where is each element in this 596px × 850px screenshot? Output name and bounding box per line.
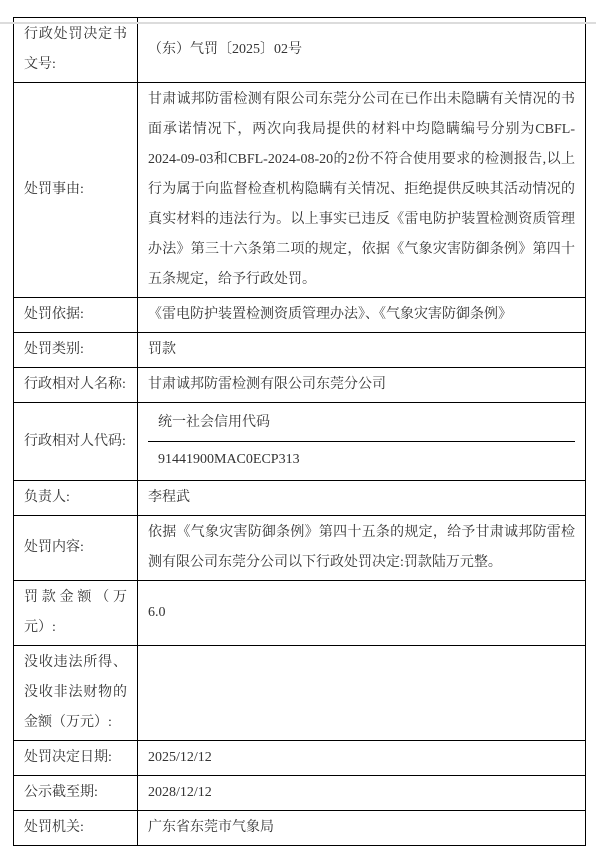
row-person-in-charge: 负责人: 李程武 — [14, 481, 586, 516]
publicity-deadline-value: 2028/12/12 — [138, 776, 586, 811]
row-counterpart-code: 行政相对人代码: 统一社会信用代码 91441900MAC0ECP313 — [14, 403, 586, 481]
penalty-reason-label: 处罚事由: — [14, 83, 138, 298]
row-penalty-reason: 处罚事由: 甘肃诚邦防雷检测有限公司东莞分公司在已作出未隐瞒有关情况的书面承诺情… — [14, 83, 586, 298]
row-counterpart-name: 行政相对人名称: 甘肃诚邦防雷检测有限公司东莞分公司 — [14, 368, 586, 403]
penalty-content-value: 依据《气象灾害防御条例》第四十五条的规定，给予甘肃诚邦防雷检测有限公司东莞分公司… — [138, 516, 586, 581]
credit-code-value: 91441900MAC0ECP313 — [148, 442, 575, 478]
row-penalty-content: 处罚内容: 依据《气象灾害防御条例》第四十五条的规定，给予甘肃诚邦防雷检测有限公… — [14, 516, 586, 581]
decision-doc-number-value: （东）气罚〔2025〕02号 — [138, 18, 586, 83]
penalty-disclosure-page: 行政处罚决定书文号: （东）气罚〔2025〕02号 处罚事由: 甘肃诚邦防雷检测… — [0, 17, 596, 850]
penalty-decision-date-value: 2025/12/12 — [138, 741, 586, 776]
row-publicity-deadline: 公示截至期: 2028/12/12 — [14, 776, 586, 811]
penalty-category-value: 罚款 — [138, 333, 586, 368]
top-divider — [0, 22, 596, 24]
person-in-charge-label: 负责人: — [14, 481, 138, 516]
penalty-reason-value: 甘肃诚邦防雷检测有限公司东莞分公司在已作出未隐瞒有关情况的书面承诺情况下，两次向… — [138, 83, 586, 298]
penalty-decision-table: 行政处罚决定书文号: （东）气罚〔2025〕02号 处罚事由: 甘肃诚邦防雷检测… — [13, 17, 586, 846]
person-in-charge-value: 李程武 — [138, 481, 586, 516]
counterpart-name-value: 甘肃诚邦防雷检测有限公司东莞分公司 — [138, 368, 586, 403]
row-penalty-decision-date: 处罚决定日期: 2025/12/12 — [14, 741, 586, 776]
row-confiscation-amount: 没收违法所得、没收非法财物的金额（万元）: — [14, 646, 586, 741]
penalty-content-label: 处罚内容: — [14, 516, 138, 581]
row-penalty-authority: 处罚机关: 广东省东莞市气象局 — [14, 811, 586, 846]
row-penalty-basis: 处罚依据: 《雷电防护装置检测资质管理办法》、《气象灾害防御条例》 — [14, 298, 586, 333]
decision-doc-number-label: 行政处罚决定书文号: — [14, 18, 138, 83]
penalty-authority-label: 处罚机关: — [14, 811, 138, 846]
credit-code-title: 统一社会信用代码 — [148, 405, 575, 442]
fine-amount-value: 6.0 — [138, 581, 586, 646]
penalty-decision-date-label: 处罚决定日期: — [14, 741, 138, 776]
fine-amount-label: 罚款金额（万元）: — [14, 581, 138, 646]
penalty-basis-value: 《雷电防护装置检测资质管理办法》、《气象灾害防御条例》 — [138, 298, 586, 333]
publicity-deadline-label: 公示截至期: — [14, 776, 138, 811]
counterpart-code-label: 行政相对人代码: — [14, 403, 138, 481]
counterpart-name-label: 行政相对人名称: — [14, 368, 138, 403]
row-fine-amount: 罚款金额（万元）: 6.0 — [14, 581, 586, 646]
confiscation-amount-label: 没收违法所得、没收非法财物的金额（万元）: — [14, 646, 138, 741]
penalty-basis-label: 处罚依据: — [14, 298, 138, 333]
penalty-category-label: 处罚类别: — [14, 333, 138, 368]
row-decision-doc-number: 行政处罚决定书文号: （东）气罚〔2025〕02号 — [14, 18, 586, 83]
penalty-authority-value: 广东省东莞市气象局 — [138, 811, 586, 846]
confiscation-amount-value — [138, 646, 586, 741]
row-penalty-category: 处罚类别: 罚款 — [14, 333, 586, 368]
counterpart-code-value: 统一社会信用代码 91441900MAC0ECP313 — [138, 403, 586, 481]
